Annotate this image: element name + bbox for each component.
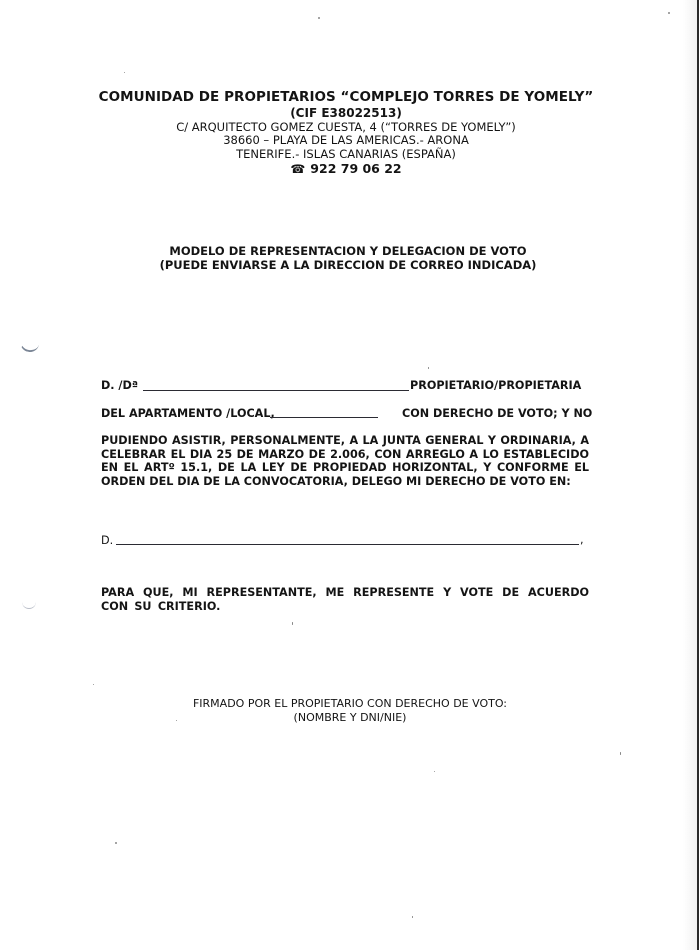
scan-speck [292,622,293,625]
address-region: TENERIFE.- ISLAS CANARIAS (ESPAÑA) [0,147,696,161]
scan-speck [668,12,670,14]
scan-speck [412,916,413,918]
delegate-name-field[interactable] [116,544,579,545]
scan-speck [620,752,621,755]
delegate-suffix: , [580,533,584,546]
signature-id-hint: (NOMBRE Y DNI/NIE) [0,711,700,724]
form-subtitle: (PUEDE ENVIARSE A LA DIRECCION DE CORREO… [0,258,698,272]
owner-label: D. /Dª [101,379,138,392]
phone-number: 922 79 06 22 [310,161,401,176]
apartment-field[interactable] [270,417,378,418]
punch-hole-mark [19,337,40,354]
scanned-document-page: COMUNIDAD DE PROPIETARIOS “COMPLEJO TORR… [0,0,700,950]
scan-speck [115,842,117,844]
scan-speck [124,72,125,73]
telephone-icon: ☎ [290,162,305,176]
owner-role: PROPIETARIO/PROPIETARIA [410,379,581,392]
cif-number: (CIF E38022513) [0,106,696,120]
address-street: C/ ARQUITECTO GOMEZ CUESTA, 4 (“TORRES D… [0,120,696,134]
scan-speck [318,17,320,19]
scan-speck [93,684,94,685]
scan-speck [428,367,429,369]
community-title: COMUNIDAD DE PROPIETARIOS “COMPLEJO TORR… [0,89,696,105]
owner-name-field[interactable] [143,390,409,391]
scan-speck [434,771,435,772]
punch-hole-mark [22,602,36,609]
delegate-label: D. [101,534,113,547]
address-city: 38660 – PLAYA DE LAS AMERICAS.- ARONA [0,133,696,147]
voting-right-text: CON DERECHO DE VOTO; Y NO [402,407,592,420]
scan-edge [697,0,699,950]
phone-number-line: ☎922 79 06 22 [0,161,696,176]
apartment-label: DEL APARTAMENTO /LOCAL, [101,407,275,420]
signature-instruction: FIRMADO POR EL PROPIETARIO CON DERECHO D… [0,697,700,710]
purpose-paragraph: PARA QUE, MI REPRESENTANTE, ME REPRESENT… [101,586,589,613]
delegation-paragraph: PUDIENDO ASISTIR, PERSONALMENTE, A LA JU… [101,434,589,489]
form-title: MODELO DE REPRESENTACION Y DELEGACION DE… [0,244,698,258]
